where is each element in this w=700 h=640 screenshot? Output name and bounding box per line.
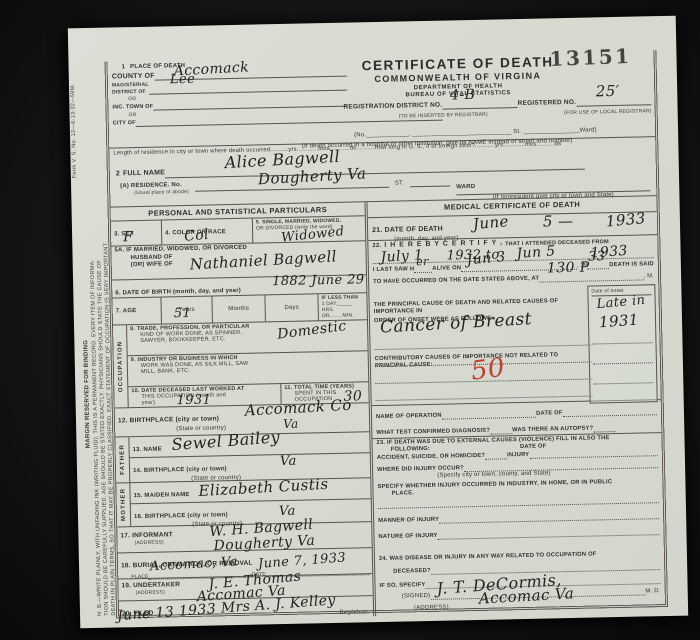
magisterial-label-2: DISTRICT OF	[112, 88, 149, 95]
test-line	[490, 426, 512, 434]
registered-no-label: REGISTERED NO.	[518, 99, 577, 108]
age-years-cell: Years 51	[160, 297, 212, 324]
signed-label: (SIGNED)	[402, 593, 431, 601]
county-label: COUNTY OF	[112, 72, 155, 82]
mother-birthplace-label: 16. BIRTHPLACE (city or town)	[134, 512, 228, 520]
industry-field: 9. INDUSTRY OR BUSINESS IN WHICH WORK WA…	[128, 351, 369, 387]
birth-date-handwritten: 1882 June 29	[272, 273, 365, 288]
manner-label: MANNER OF INJURY	[378, 517, 439, 526]
accident-label: ACCIDENT, SUICIDE, OR HOMICIDE?	[377, 453, 485, 463]
birthplace-label: 12. BIRTHPLACE (city or town)	[118, 416, 219, 425]
or-label-1: OR	[128, 96, 136, 102]
date-of-onset-box: Date of onset Late in 1931	[587, 284, 657, 403]
st-line	[410, 176, 450, 187]
onset-handwritten-2: 1931	[599, 313, 640, 331]
cause-line-1	[374, 337, 591, 350]
father-name-label: 13. NAME	[133, 446, 162, 453]
registration-district-handwritten: 4-B	[450, 88, 475, 103]
or-label-2: OR	[129, 112, 137, 118]
age-label: 7. AGE	[116, 308, 137, 314]
date-of-death-label: 21. DATE OF DEATH	[372, 226, 443, 234]
last-saw-her-line: er	[414, 265, 432, 273]
death-year-handwritten: 1933	[605, 211, 646, 230]
hour-handwritten: 130 P	[547, 260, 590, 275]
registration-district-line: 4-B	[442, 100, 518, 110]
abode-note: (Usual place of abode)	[134, 189, 189, 195]
certificate-form: 1PLACE OF DEATH COUNTY OF Accomack MAGIS…	[104, 50, 668, 618]
birthplace-handwritten: Accomack Co	[244, 398, 352, 419]
birth-date-label: 6. DATE OF BIRTH (month, day, and year)	[115, 288, 241, 297]
margin-form-number: Form V. S. No. 12—6-13-32—59M.	[70, 84, 78, 179]
last-saw-date-handwritten: Jun 3	[466, 250, 506, 267]
filed-field: 20. FILED June 13 1933 Mrs A. J. Kelley …	[119, 596, 373, 621]
father-birthplace-label: 14. BIRTHPLACE (city or town)	[133, 466, 227, 474]
trade-field: 8. TRADE, PROFESSION, OR PARTICULAR KIND…	[127, 320, 368, 356]
injury-label: INJURY	[507, 452, 529, 460]
manner-line	[439, 512, 659, 525]
death-month-handwritten: June	[472, 214, 509, 232]
specify-line	[378, 496, 659, 510]
last-worked-handwritten: 1931	[176, 394, 211, 408]
registered-no-line: 25′	[576, 97, 652, 107]
injury-date-line	[529, 449, 658, 460]
last-saw-label-2: ALIVE ON	[432, 265, 461, 273]
age-days-cell: Days	[264, 294, 318, 321]
hour-line: 130 P	[539, 272, 644, 282]
operation-date-label: DATE OF	[536, 410, 563, 418]
onset-line-3	[593, 375, 653, 384]
external-causes-block: 23. IF DEATH WAS DUE TO EXTERNAL CAUSES …	[372, 432, 663, 553]
place-num: 1	[122, 64, 126, 72]
related-label-1: 24. WAS DISEASE OR INJURY IN ANY WAY REL…	[379, 550, 660, 563]
form-header: 1PLACE OF DEATH COUNTY OF Accomack MAGIS…	[107, 50, 655, 147]
registrar-label: Registrar.	[339, 608, 369, 616]
nature-label: NATURE OF INJURY	[378, 533, 437, 541]
registration-district-label: REGISTRATION DISTRICT NO.	[343, 102, 442, 112]
sex-field: 3. SEX F	[111, 221, 161, 246]
birthplace-state-handwritten: Va	[283, 418, 299, 430]
operation-label: NAME OF OPERATION	[376, 412, 442, 421]
age-months-cell: Months	[211, 296, 265, 323]
reg-note-right: (FOR USE OF LOCAL REGISTRAR)	[564, 108, 652, 116]
contributory-red-number: 50	[470, 355, 507, 385]
certificate-number-stamp: 13151	[549, 44, 632, 71]
m-label: , M.	[644, 273, 655, 280]
marital-field: 5. SINGLE, MARRIED, WIDOWED, OR DIVORCED…	[252, 217, 365, 243]
st-label: ST.	[395, 180, 404, 188]
age-months-label: Months	[228, 306, 249, 312]
age-less-than-cell: IF LESS THAN 1 DAY,_____ HRS. OR........…	[317, 293, 367, 320]
physician-address-label: (ADDRESS)	[414, 604, 449, 612]
city-label: CITY OF	[113, 120, 136, 127]
if-so-label: IF SO, SPECIFY	[379, 582, 425, 590]
place-of-death-block: 1PLACE OF DEATH COUNTY OF Accomack MAGIS…	[112, 60, 348, 129]
mother-group-label: MOTHER	[116, 483, 131, 526]
occupation-related-block: 24. WAS DISEASE OR INJURY IN ANY WAY REL…	[375, 547, 665, 616]
onset-handwritten-1: Late in	[596, 294, 646, 311]
full-name-num: 2	[116, 171, 120, 180]
district-handwritten: Lee	[170, 73, 196, 87]
external-label-2: FOLLOWING:	[391, 446, 431, 454]
saw-year-handwritten: 33	[588, 250, 606, 263]
md-label: M. D.	[645, 588, 660, 596]
last-saw-label-1: I LAST SAW H	[373, 266, 415, 274]
occurred-label: TO HAVE OCCURRED ON THE DATE STATED ABOV…	[373, 275, 539, 286]
mother-name-label: 15. MAIDEN NAME	[133, 488, 189, 501]
related-label-2: DECEASED?	[393, 568, 431, 576]
age-field: 7. AGE	[112, 298, 161, 325]
autopsy-line	[593, 424, 615, 432]
margin-binding-heading: MARGIN RESERVED FOR BINDING	[83, 340, 91, 448]
nature-line	[438, 528, 660, 541]
inc-town-label: INC. TOWN OF	[112, 104, 153, 112]
accident-line	[485, 452, 507, 460]
death-day-handwritten: 5 —	[543, 214, 574, 230]
death-certificate-paper: Form V. S. No. 12—6-13-32—59M. MARGIN RE…	[68, 16, 688, 629]
medical-certificate-column: MEDICAL CERTIFICATE OF DEATH 21. DATE OF…	[364, 196, 665, 616]
onset-line-1	[592, 336, 652, 345]
physician-address-line: Accomac Va	[449, 599, 661, 611]
full-name-label: FULL NAME	[123, 170, 165, 180]
age-days-label: Days	[284, 305, 299, 311]
father-birthplace-handwritten: Va	[280, 454, 297, 467]
contributory-line-2	[375, 389, 592, 402]
race-handwritten: Col	[184, 228, 210, 244]
saw-year-line: 33	[587, 261, 609, 269]
attended-to-handwritten: Jun 5	[516, 244, 556, 261]
race-field: 4. COLOR OR RACE Col	[161, 219, 252, 245]
mother-birthplace-handwritten: Va	[279, 504, 296, 517]
her-handwritten: er	[416, 256, 429, 267]
ward-label: WARD	[456, 184, 475, 190]
reg-note-left: (TO BE INSERTED BY REGISTRAR)	[399, 112, 488, 120]
father-group-label: FATHER	[115, 437, 130, 482]
sex-handwritten: F	[123, 231, 133, 245]
registered-no-handwritten: 25′	[596, 84, 620, 99]
age-less-2: 1 DAY,_____ HRS.	[322, 300, 364, 313]
personal-particulars-column: PERSONAL AND STATISTICAL PARTICULARS 3. …	[111, 202, 374, 621]
age-years-handwritten: 51	[174, 307, 192, 320]
physician-address-handwritten: Accomac Va	[478, 587, 574, 607]
onset-line-2	[593, 356, 653, 365]
death-said-label: DEATH IS SAID	[609, 261, 654, 269]
